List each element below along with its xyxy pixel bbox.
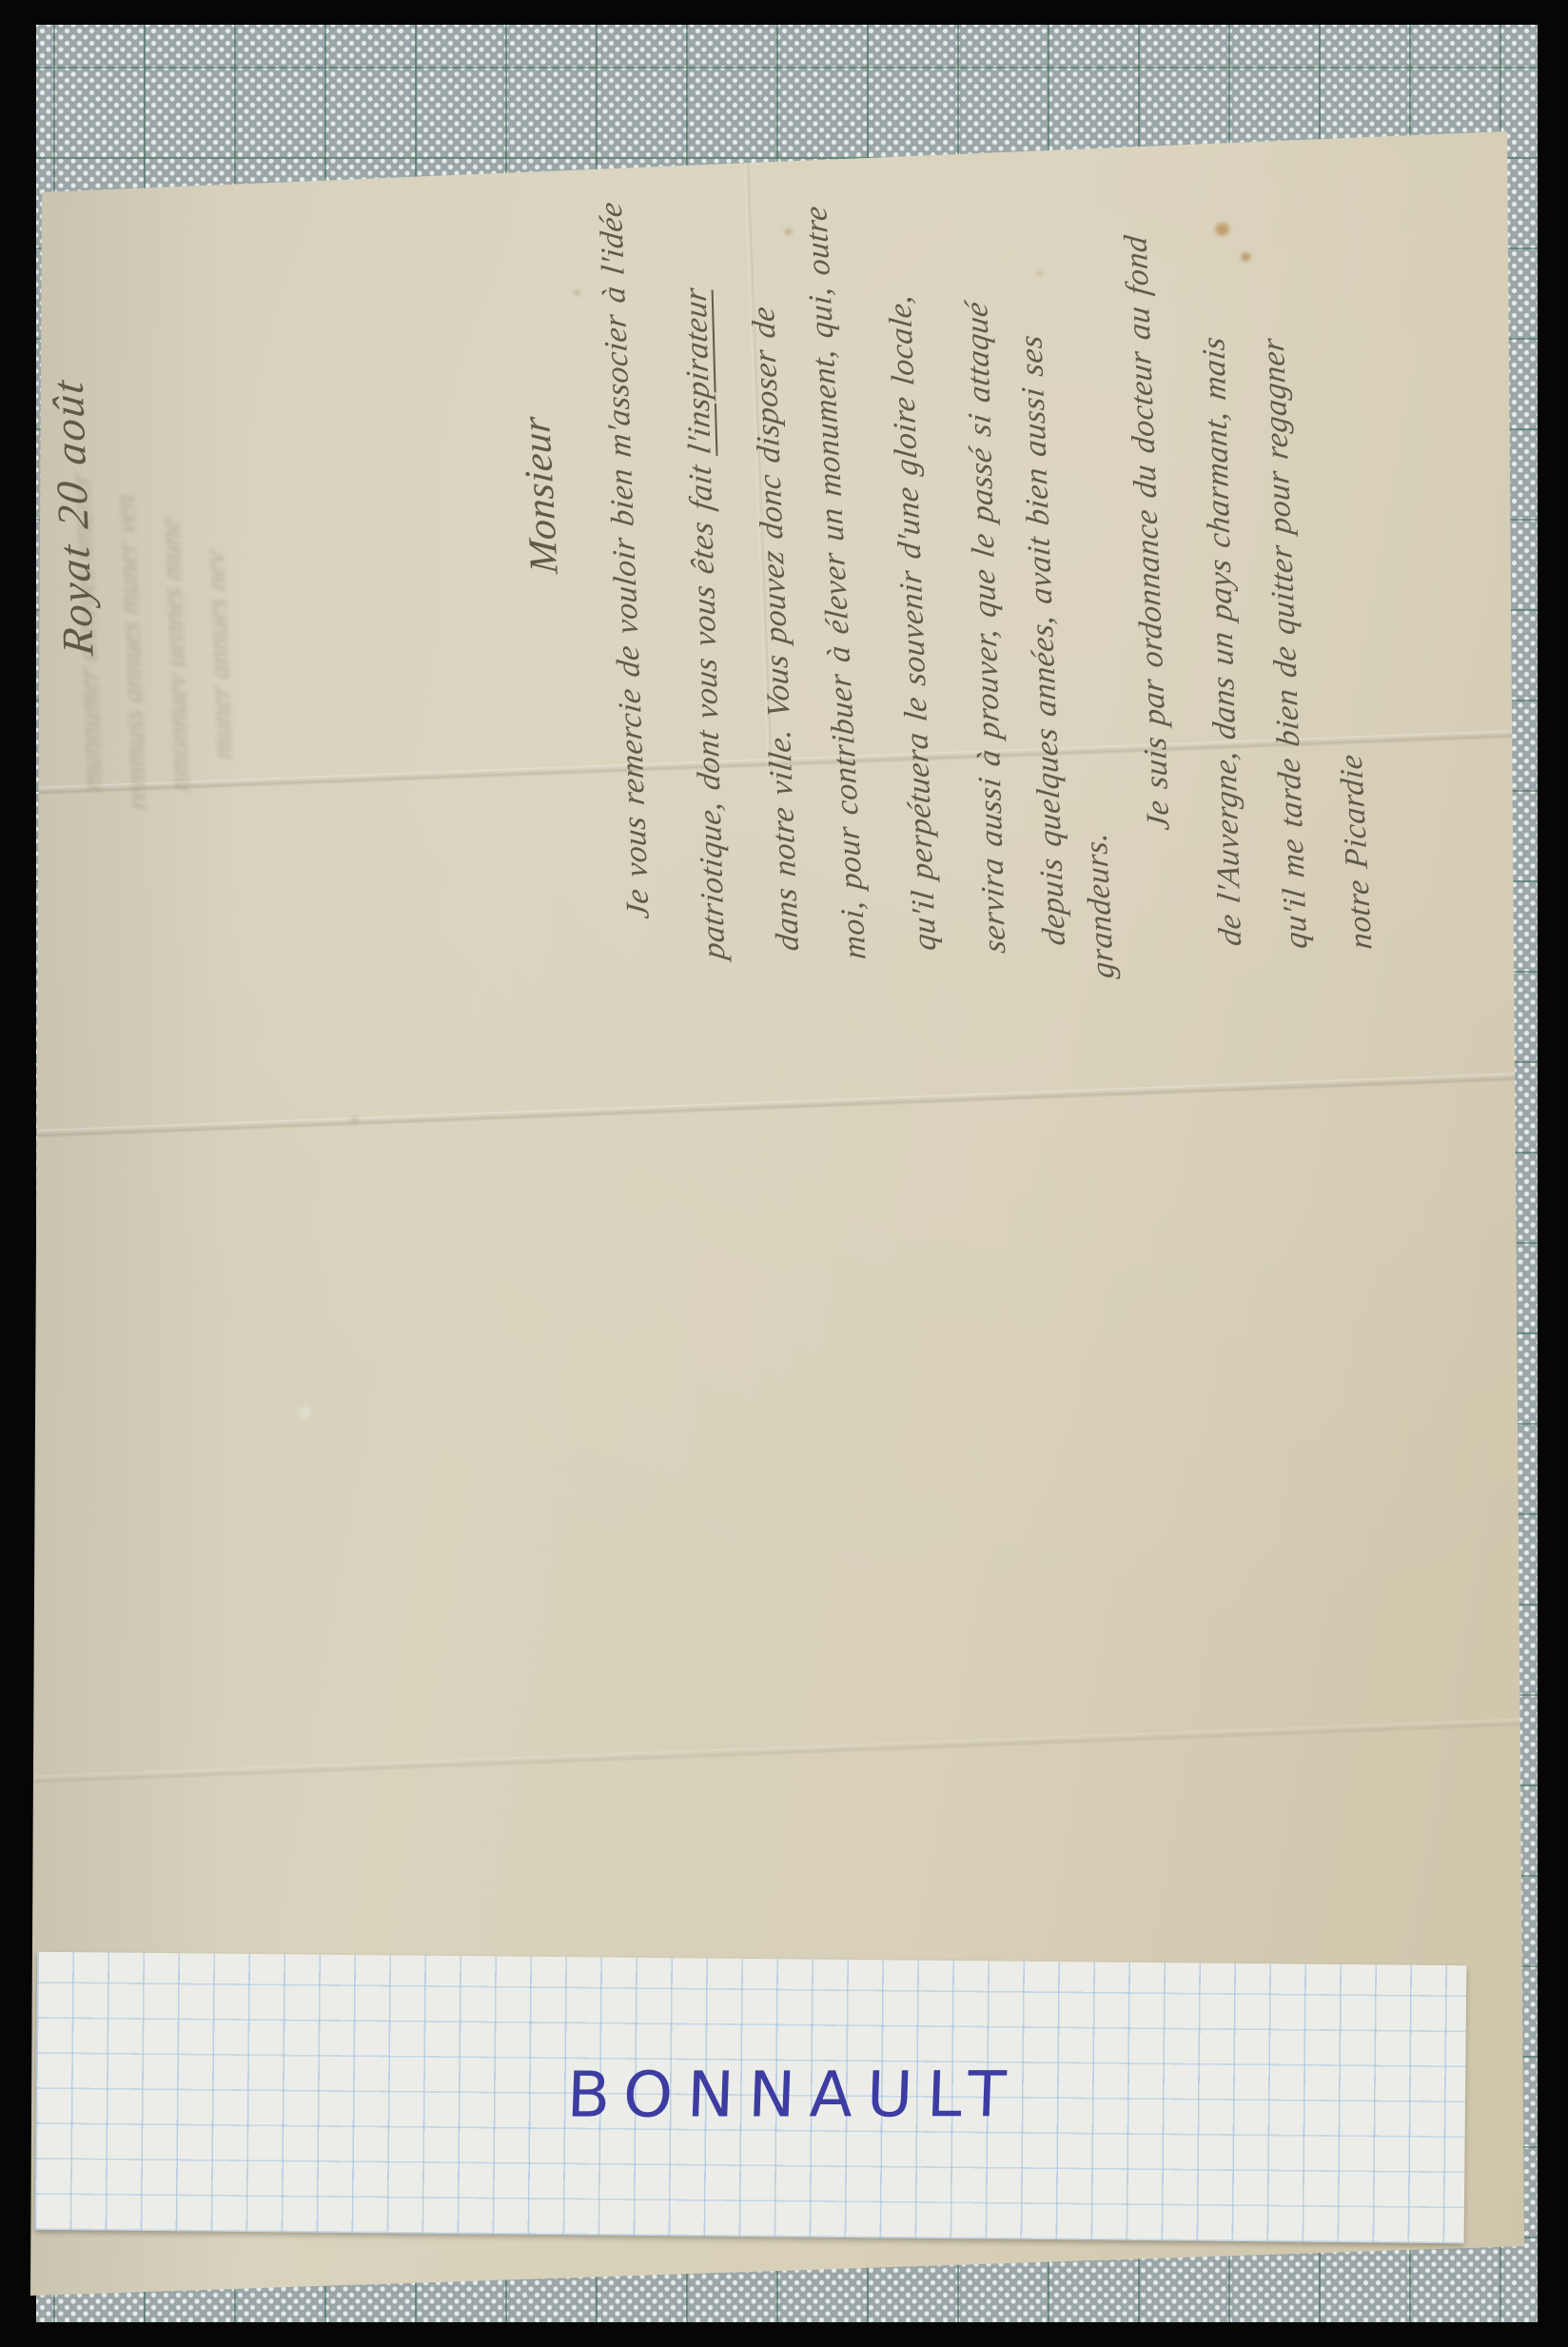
- fold-crease-horizontal-2: [0, 1070, 1568, 1140]
- stain: [1215, 223, 1229, 236]
- letter-line-2-underlined-word: l'inspirateur: [677, 286, 717, 456]
- letter-line-7: depuis quelques années, avait bien aussi…: [1015, 333, 1071, 947]
- letter-line-4: moi, pour contribuer à élever un monumen…: [800, 205, 872, 960]
- letter-line-2: patriotique, dont vous vous êtes fait l'…: [679, 286, 731, 960]
- label-text: BONNAULT: [566, 2058, 1022, 2131]
- letter-line-6: servira aussi à prouver, que le passé si…: [961, 300, 1011, 955]
- stain: [574, 289, 579, 295]
- stain: [1241, 252, 1250, 261]
- letter-line-9: Je suis par ordonnance du docteur au fon…: [1120, 234, 1175, 832]
- stain: [299, 1407, 310, 1417]
- letter-salutation: Monsieur: [517, 415, 565, 575]
- letter-line-3: dans notre ville. Vous pouvez donc dispo…: [748, 305, 805, 952]
- letter-line-1: Je vous remercie de vouloir bien m'assoc…: [596, 201, 656, 920]
- letter-line-5: qu'il perpétuera le souvenir d'une gloir…: [885, 293, 943, 952]
- letter-line-11: qu'il me tarde bien de quitter pour rega…: [1258, 336, 1314, 950]
- fold-crease-horizontal-3: [16, 1714, 1568, 1785]
- letter-line-2-prefix: patriotique, dont vous vous êtes fait: [682, 451, 732, 961]
- show-through-writing: remmuss annues muner ven: [111, 493, 152, 811]
- show-through-writing: nmonnuev uennes mune: [156, 517, 195, 792]
- photo-backdrop: munnumer annvues nmuner remmuss annues m…: [0, 0, 1568, 2347]
- letter-line-12: notre Picardie: [1336, 753, 1379, 950]
- letter-line-8: grandeurs.: [1080, 831, 1120, 978]
- letter-line-10: de l'Auvergne, dans un pays charmant, ma…: [1198, 335, 1247, 948]
- show-through-writing: muner annues nev: [201, 550, 238, 760]
- stain: [1037, 270, 1043, 276]
- letter-date-line: Royat 20 août: [46, 377, 100, 658]
- stain: [785, 228, 792, 235]
- label-card: BONNAULT: [35, 1952, 1467, 2243]
